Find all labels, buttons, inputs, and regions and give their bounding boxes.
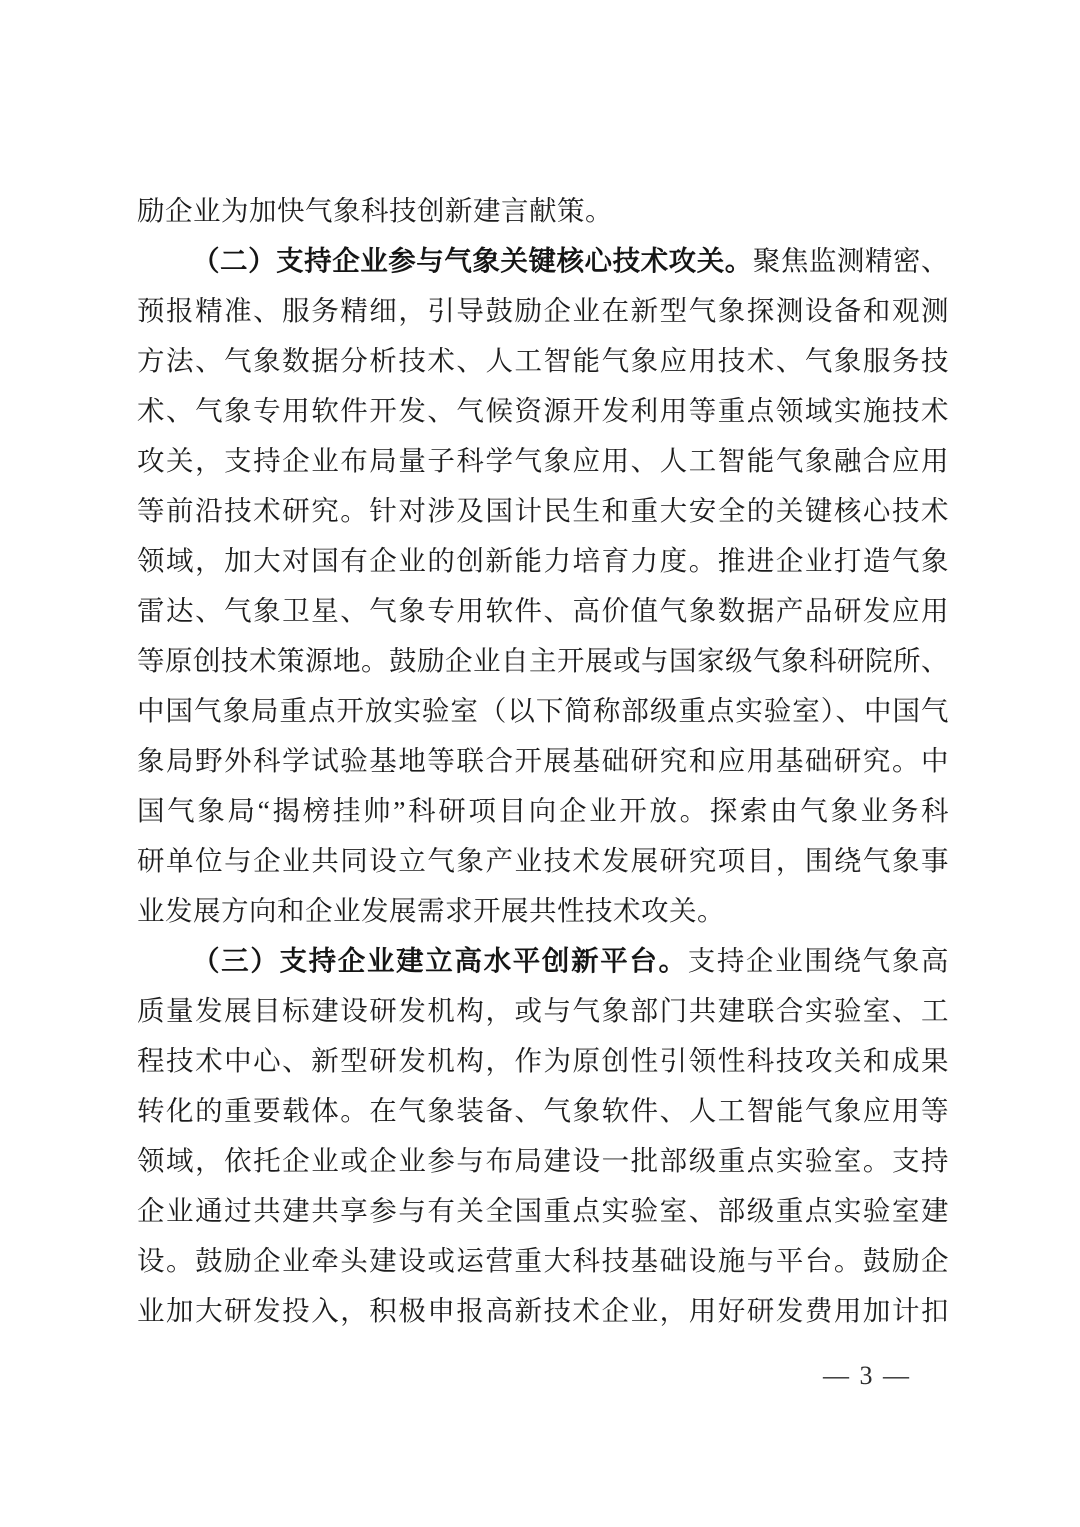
body-text: 雷达、气象卫星、气象专用软件、高价值气象数据产品研发应用 xyxy=(137,595,949,626)
body-text: 质量发展目标建设研发机构，或与气象部门共建联合实验室、工 xyxy=(137,995,949,1026)
text-line: 预报精准、服务精细，引导鼓励企业在新型气象探测设备和观测 xyxy=(137,286,949,336)
body-text: 领域，加大对国有企业的创新能力培育力度。推进企业打造气象 xyxy=(137,545,949,576)
body-text: 中国气象局重点开放实验室（以下简称部级重点实验室）、中国气 xyxy=(137,695,949,726)
text-line: 国气象局“揭榜挂帅”科研项目向企业开放。探索由气象业务科 xyxy=(137,786,949,836)
body-text: 国气象局“揭榜挂帅”科研项目向企业开放。探索由气象业务科 xyxy=(137,795,949,826)
text-line: 方法、气象数据分析技术、人工智能气象应用技术、气象服务技 xyxy=(137,336,949,386)
body-text: 预报精准、服务精细，引导鼓励企业在新型气象探测设备和观测 xyxy=(137,295,949,326)
body-text: 转化的重要载体。在气象装备、气象软件、人工智能气象应用等 xyxy=(137,1095,949,1126)
text-line: 术、气象专用软件开发、气候资源开发利用等重点领域实施技术 xyxy=(137,386,949,436)
text-line: 质量发展目标建设研发机构，或与气象部门共建联合实验室、工 xyxy=(137,986,949,1036)
text-line: （二）支持企业参与气象关键核心技术攻关。聚焦监测精密、 xyxy=(137,236,949,286)
body-text: 研单位与企业共同设立气象产业技术发展研究项目，围绕气象事 xyxy=(137,845,949,876)
text-line: 攻关，支持企业布局量子科学气象应用、人工智能气象融合应用 xyxy=(137,436,949,486)
section-heading-3: （三）支持企业建立高水平创新平台。 xyxy=(192,945,688,976)
body-text: 业发展方向和企业发展需求开展共性技术攻关。 xyxy=(137,895,725,926)
text-line: 励企业为加快气象科技创新建言献策。 xyxy=(137,186,949,236)
section-heading-2: （二）支持企业参与气象关键核心技术攻关。 xyxy=(192,245,753,276)
page-number: — 3 — xyxy=(812,1356,922,1396)
text-line: 中国气象局重点开放实验室（以下简称部级重点实验室）、中国气 xyxy=(137,686,949,736)
text-line: 雷达、气象卫星、气象专用软件、高价值气象数据产品研发应用 xyxy=(137,586,949,636)
text-line: 业发展方向和企业发展需求开展共性技术攻关。 xyxy=(137,886,949,936)
document-text-block: 励企业为加快气象科技创新建言献策。 （二）支持企业参与气象关键核心技术攻关。聚焦… xyxy=(137,186,949,1336)
body-text: 支持企业围绕气象高 xyxy=(688,945,949,976)
body-text: 方法、气象数据分析技术、人工智能气象应用技术、气象服务技 xyxy=(137,345,949,376)
text-line: 等原创技术策源地。鼓励企业自主开展或与国家级气象科研院所、 xyxy=(137,636,949,686)
body-text: 攻关，支持企业布局量子科学气象应用、人工智能气象融合应用 xyxy=(137,445,949,476)
text-line: 领域，依托企业或企业参与布局建设一批部级重点实验室。支持 xyxy=(137,1136,949,1186)
body-text: 程技术中心、新型研发机构，作为原创性引领性科技攻关和成果 xyxy=(137,1045,949,1076)
text-line: 程技术中心、新型研发机构，作为原创性引领性科技攻关和成果 xyxy=(137,1036,949,1086)
body-text: 企业通过共建共享参与有关全国重点实验室、部级重点实验室建 xyxy=(137,1195,949,1226)
text-line: 转化的重要载体。在气象装备、气象软件、人工智能气象应用等 xyxy=(137,1086,949,1136)
body-text: 领域，依托企业或企业参与布局建设一批部级重点实验室。支持 xyxy=(137,1145,949,1176)
body-text: 术、气象专用软件开发、气候资源开发利用等重点领域实施技术 xyxy=(137,395,949,426)
body-text: 等原创技术策源地。鼓励企业自主开展或与国家级气象科研院所、 xyxy=(137,645,949,676)
text-line: 企业通过共建共享参与有关全国重点实验室、部级重点实验室建 xyxy=(137,1186,949,1236)
text-line: 业加大研发投入，积极申报高新技术企业，用好研发费用加计扣 xyxy=(137,1286,949,1336)
text-line: 研单位与企业共同设立气象产业技术发展研究项目，围绕气象事 xyxy=(137,836,949,886)
text-line: 设。鼓励企业牵头建设或运营重大科技基础设施与平台。鼓励企 xyxy=(137,1236,949,1286)
body-text: 设。鼓励企业牵头建设或运营重大科技基础设施与平台。鼓励企 xyxy=(137,1245,949,1276)
text-line: 象局野外科学试验基地等联合开展基础研究和应用基础研究。中 xyxy=(137,736,949,786)
body-text: 聚焦监测精密、 xyxy=(753,245,949,276)
text-line: 等前沿技术研究。针对涉及国计民生和重大安全的关键核心技术 xyxy=(137,486,949,536)
body-text: 象局野外科学试验基地等联合开展基础研究和应用基础研究。中 xyxy=(137,745,949,776)
body-text: 业加大研发投入，积极申报高新技术企业，用好研发费用加计扣 xyxy=(137,1295,949,1326)
body-text: 等前沿技术研究。针对涉及国计民生和重大安全的关键核心技术 xyxy=(137,495,949,526)
text-line: 领域，加大对国有企业的创新能力培育力度。推进企业打造气象 xyxy=(137,536,949,586)
body-text: 励企业为加快气象科技创新建言献策。 xyxy=(137,195,613,226)
document-page: 励企业为加快气象科技创新建言献策。 （二）支持企业参与气象关键核心技术攻关。聚焦… xyxy=(0,0,1080,1527)
text-line: （三）支持企业建立高水平创新平台。支持企业围绕气象高 xyxy=(137,936,949,986)
